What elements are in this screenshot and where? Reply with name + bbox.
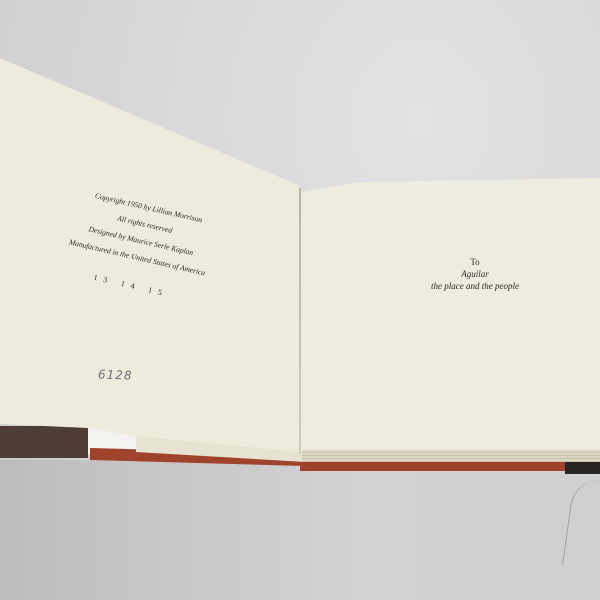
pencil-note: 6128	[98, 367, 133, 382]
book-cover-corner	[565, 462, 600, 474]
book-gutter	[299, 188, 301, 454]
dedication-subtitle: the place and the people	[415, 280, 535, 292]
dedication-name: Aguilar	[415, 268, 535, 280]
page-stack-edges	[302, 450, 600, 462]
book-cover-dark-strip	[0, 426, 88, 458]
dedication: To Aguilar the place and the people	[415, 256, 535, 292]
book-cover-edge-right	[300, 462, 582, 471]
dedication-to: To	[415, 256, 535, 268]
surface-shadow	[0, 460, 600, 600]
